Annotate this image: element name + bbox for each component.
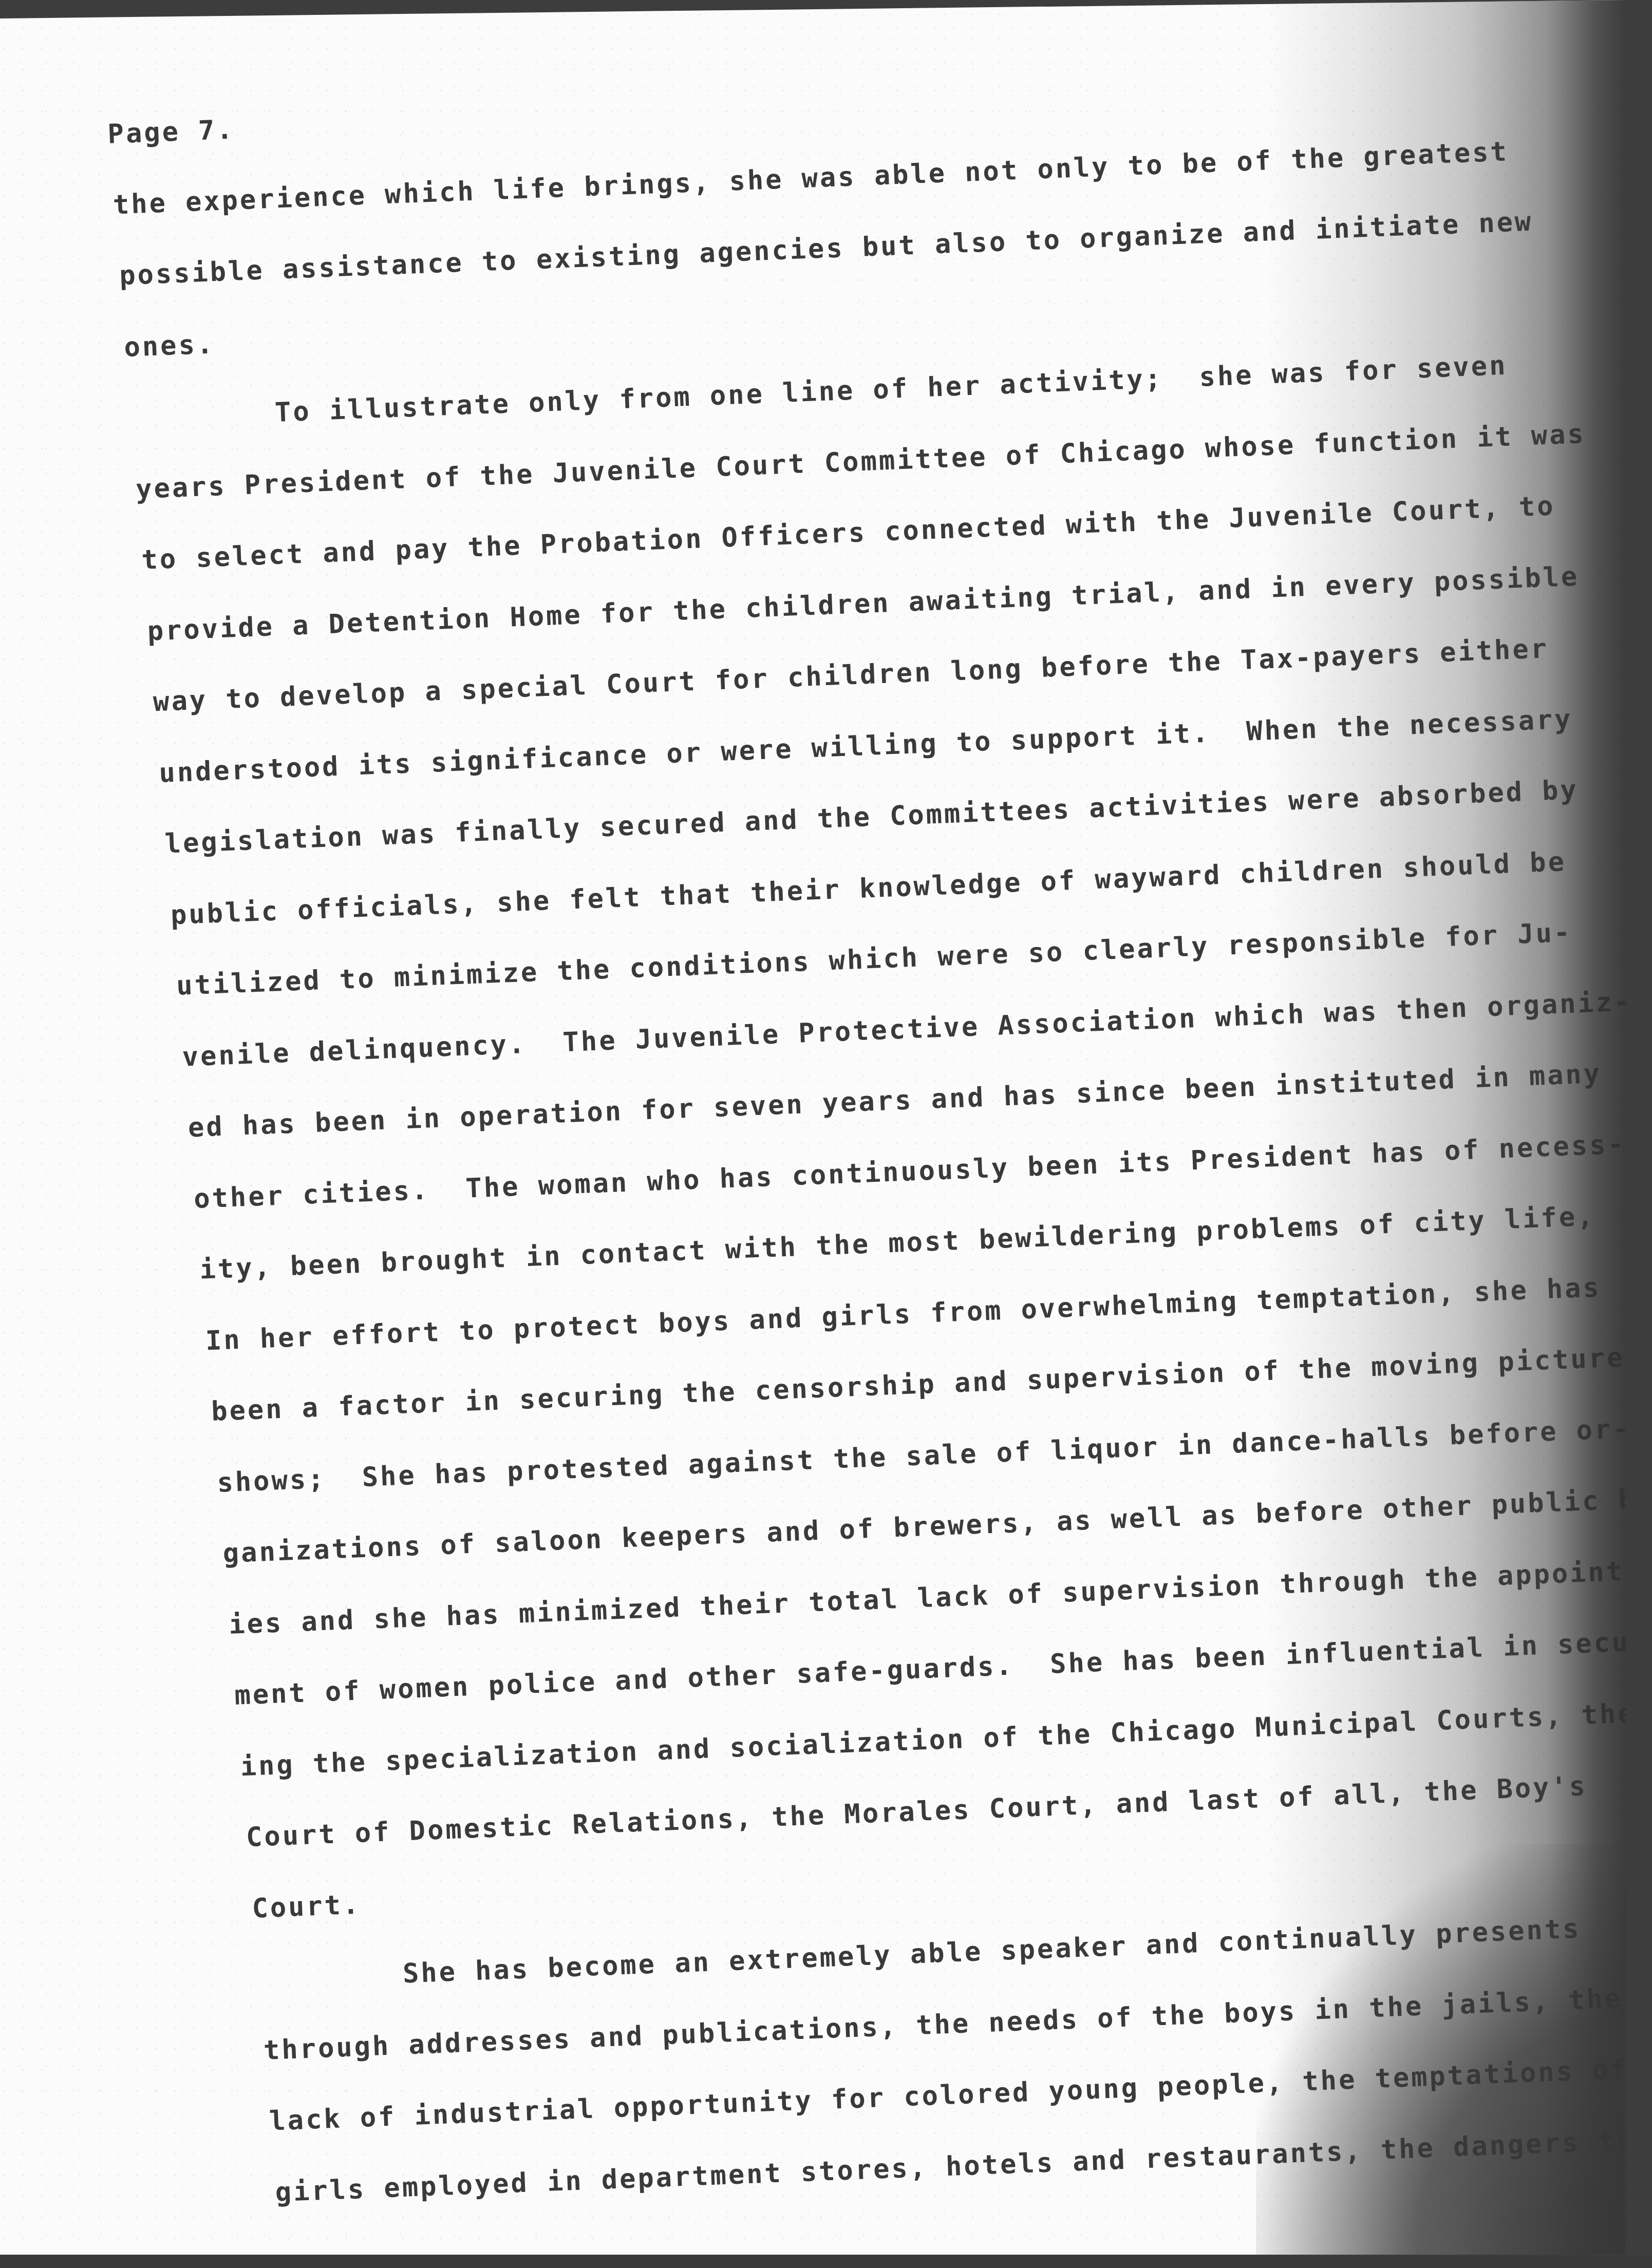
text-line: ity, been brought in contact with the mo…	[199, 1201, 1596, 1285]
text-line: provide a Detention Home for the childre…	[147, 561, 1580, 647]
text-line: ies and she has minimized their total la…	[228, 1555, 1626, 1640]
text-line: other cities. The woman who has continuo…	[193, 1129, 1626, 1215]
text-line: In her effort to protect boys and girls …	[205, 1272, 1602, 1356]
page-text: Page 7. the experience which life brings…	[0, 0, 1626, 2255]
text-line: legislation was finally secured and the …	[164, 774, 1579, 860]
text-line: ment of women police and other safe-guar…	[234, 1626, 1626, 1711]
text-line: public officials, she felt that their kn…	[170, 846, 1567, 931]
page-number: Page 7.	[107, 115, 235, 150]
text-line: To illustrate only from one line of her …	[129, 350, 1508, 434]
text-line: Court of Domestic Relations, the Morales…	[246, 1771, 1588, 1853]
text-line: understood its significance or were will…	[158, 704, 1573, 789]
text-line: possible assistance to existing agencies…	[119, 206, 1533, 292]
text-line: way to develop a special Court for child…	[153, 633, 1549, 717]
text-line: She has become an extremely able speaker…	[257, 1914, 1582, 1995]
text-line: utilized to minimize the conditions whic…	[176, 917, 1572, 1001]
typed-page: Page 7. the experience which life brings…	[0, 0, 1626, 2255]
text-line: Court.	[251, 1889, 361, 1924]
text-line: through addresses and publications, the …	[263, 1983, 1623, 2066]
text-line: girls employed in department stores, hot…	[275, 2125, 1626, 2208]
text-line: ganizations of saloon keepers and of bre…	[222, 1483, 1626, 1569]
text-line: shows; She has protested against the sal…	[216, 1413, 1626, 1499]
text-line: ed has been in operation for seven years…	[187, 1059, 1602, 1144]
text-line: years President of the Juvenile Court Co…	[135, 419, 1586, 505]
text-line: the experience which life brings, she wa…	[112, 136, 1509, 220]
scan-bottom-edge	[0, 2256, 1652, 2268]
text-line: to select and pay the Probation Officers…	[141, 490, 1555, 576]
text-line: ing the specialization and socialization…	[240, 1698, 1626, 1782]
text-line: lack of industrial opportunity for color…	[269, 2054, 1626, 2137]
text-line: venile delinquency. The Juvenile Protect…	[182, 986, 1626, 1072]
text-line: ones.	[123, 329, 215, 363]
text-line: been a factor in securing the censorship…	[211, 1342, 1625, 1427]
